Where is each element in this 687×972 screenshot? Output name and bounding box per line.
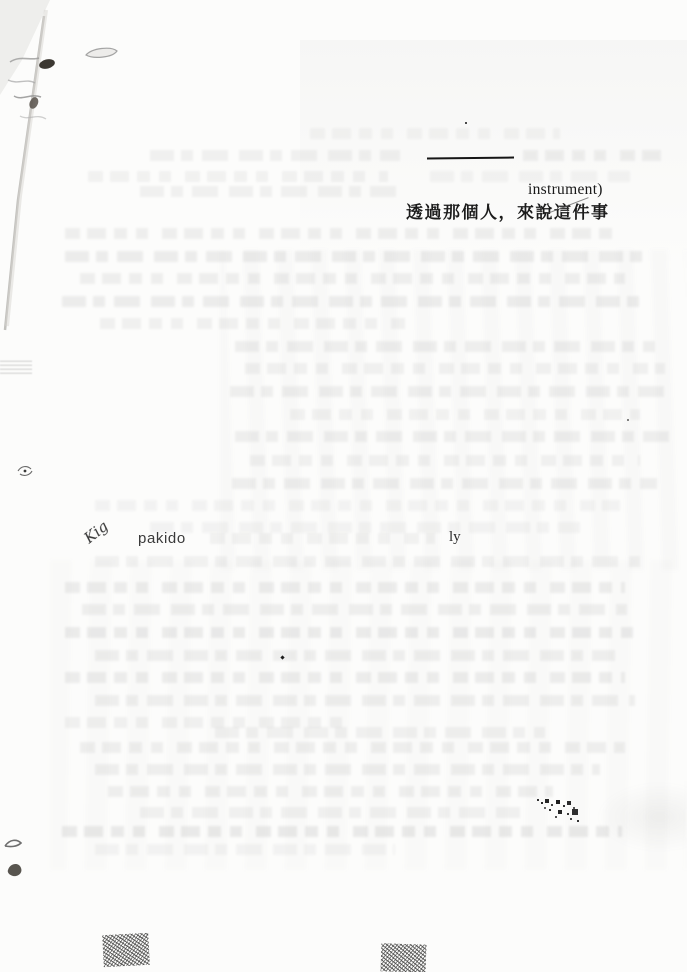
faded-print-line bbox=[95, 764, 600, 775]
page-corner-crease-artifact bbox=[0, 0, 170, 380]
edge-smudge bbox=[0, 360, 32, 374]
faded-print-line bbox=[80, 742, 625, 753]
ink-fleck bbox=[627, 419, 629, 421]
faded-print-line bbox=[62, 826, 622, 837]
faded-print-line bbox=[235, 341, 655, 352]
ink-fleck bbox=[465, 122, 467, 124]
faded-print-line bbox=[150, 522, 580, 533]
faded-print-line bbox=[290, 409, 640, 420]
faded-print-line bbox=[150, 150, 400, 161]
left-edge-marks bbox=[3, 837, 29, 885]
faded-print-line bbox=[95, 650, 615, 661]
faded-print-line bbox=[210, 533, 435, 544]
faded-print-line bbox=[95, 556, 640, 567]
faded-print-line bbox=[65, 582, 625, 593]
faded-print-line bbox=[232, 478, 657, 489]
faded-print-line bbox=[95, 695, 635, 706]
scan-shading-bottom-right-corner bbox=[596, 782, 687, 852]
horizontal-divider-line bbox=[427, 157, 514, 160]
dark-smudge-bottom-center bbox=[381, 943, 427, 972]
faded-print-line bbox=[245, 363, 665, 374]
ink-fleck bbox=[280, 655, 284, 659]
faded-print-line bbox=[108, 786, 553, 797]
faded-print-line bbox=[65, 672, 625, 683]
faded-print-line bbox=[140, 807, 525, 818]
faded-print-line bbox=[310, 128, 560, 139]
faded-print-line bbox=[62, 296, 647, 307]
scanned-document-page: instrument) 透過那個人，來說這件事 pakido ly Kig bbox=[0, 0, 687, 972]
faded-print-line bbox=[523, 150, 668, 161]
faded-print-line bbox=[140, 186, 400, 197]
pakido-text: pakido bbox=[138, 530, 186, 547]
faded-print-line bbox=[100, 318, 405, 329]
faded-print-line bbox=[95, 844, 395, 855]
small-scribble-mark bbox=[16, 462, 36, 480]
faded-print-line bbox=[65, 251, 645, 262]
faded-print-line bbox=[88, 171, 388, 182]
faded-print-line bbox=[250, 455, 640, 466]
faded-print-line bbox=[215, 727, 545, 738]
ink-speckle-cluster bbox=[537, 799, 539, 801]
faded-print-line bbox=[95, 500, 620, 511]
faded-print-line bbox=[82, 604, 627, 615]
instrument-text: instrument) bbox=[528, 181, 603, 199]
faded-print-line bbox=[235, 431, 670, 442]
ly-text: ly bbox=[449, 529, 461, 546]
faded-print-line bbox=[65, 717, 345, 728]
faded-print-line bbox=[230, 386, 670, 397]
faded-print-line bbox=[65, 627, 645, 638]
faded-print-line bbox=[80, 273, 625, 284]
dark-smudge-bottom-left bbox=[102, 933, 150, 967]
scan-shading-mid-right bbox=[220, 250, 687, 570]
handwritten-annotation: Kig bbox=[80, 517, 111, 547]
scan-shading-top-right bbox=[300, 40, 687, 270]
pen-ellipse-mark bbox=[84, 44, 120, 64]
scan-shading-bottom bbox=[50, 560, 687, 870]
faded-print-line bbox=[65, 228, 620, 239]
